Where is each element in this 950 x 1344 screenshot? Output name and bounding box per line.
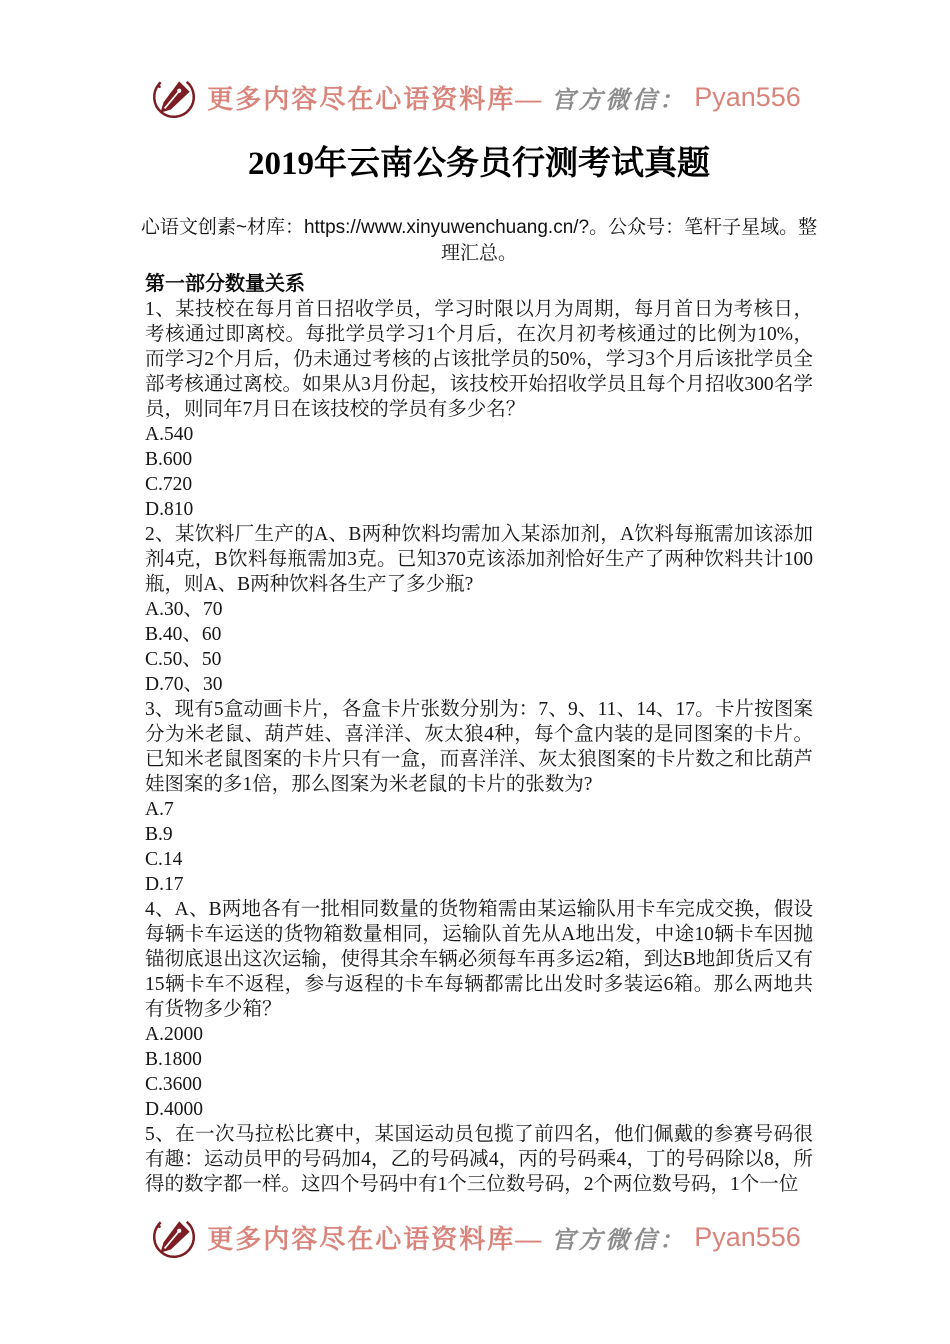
question-4-option-a: A.2000 xyxy=(145,1022,813,1047)
question-2-text: 2、某饮料厂生产的A、B两种饮料均需加入某添加剂，A饮料每瓶需加该添加剂4克，B… xyxy=(145,522,813,597)
brand-text: 更多内容尽在心语资料库— xyxy=(207,1219,543,1256)
document-page: 更多内容尽在心语资料库— 官方微信： Pyan556 2019年云南公务员行测考… xyxy=(0,0,950,1344)
pen-swirl-icon xyxy=(149,1212,199,1262)
question-4-option-c: C.3600 xyxy=(145,1072,813,1097)
wechat-label: 官方微信： xyxy=(551,1220,686,1255)
question-3-option-c: C.14 xyxy=(145,847,813,872)
section-heading: 第一部分数量关系 xyxy=(145,272,813,297)
exam-body: 第一部分数量关系 1、某技校在每月首日招收学员，学习时限以月为周期，每月首日为考… xyxy=(145,272,813,1197)
question-2-option-d: D.70、30 xyxy=(145,672,813,697)
question-2-option-a: A.30、70 xyxy=(145,597,813,622)
question-2-option-b: B.40、60 xyxy=(145,622,813,647)
question-3-option-a: A.7 xyxy=(145,797,813,822)
question-1-option-b: B.600 xyxy=(145,447,813,472)
question-3-option-d: D.17 xyxy=(145,872,813,897)
footer-watermark: 更多内容尽在心语资料库— 官方微信： Pyan556 xyxy=(0,1212,950,1262)
wechat-label: 官方微信： xyxy=(551,80,686,115)
question-1-option-c: C.720 xyxy=(145,472,813,497)
question-5-text: 5、在一次马拉松比赛中，某国运动员包揽了前四名，他们佩戴的参赛号码很有趣：运动员… xyxy=(145,1122,813,1197)
question-4-text: 4、A、B两地各有一批相同数量的货物箱需由某运输队用卡车完成交换，假设每辆卡车运… xyxy=(145,897,813,1022)
wechat-id: Pyan556 xyxy=(694,1222,801,1253)
question-4-option-d: D.4000 xyxy=(145,1097,813,1122)
header-watermark: 更多内容尽在心语资料库— 官方微信： Pyan556 xyxy=(0,72,950,122)
pen-swirl-icon xyxy=(149,72,199,122)
question-4-option-b: B.1800 xyxy=(145,1047,813,1072)
question-1-text: 1、某技校在每月首日招收学员，学习时限以月为周期，每月首日为考核日，考核通过即离… xyxy=(145,297,813,422)
page-title: 2019年云南公务员行测考试真题 xyxy=(141,140,817,188)
question-1-option-a: A.540 xyxy=(145,422,813,447)
source-line: 心语文创素~材库：https://www.xinyuwenchuang.cn/?… xyxy=(137,215,821,267)
question-3-option-b: B.9 xyxy=(145,822,813,847)
brand-text: 更多内容尽在心语资料库— xyxy=(207,79,543,116)
question-2-option-c: C.50、50 xyxy=(145,647,813,672)
question-1-option-d: D.810 xyxy=(145,497,813,522)
question-3-text: 3、现有5盒动画卡片，各盒卡片张数分别为：7、9、11、14、17。卡片按图案分… xyxy=(145,697,813,797)
wechat-id: Pyan556 xyxy=(694,82,801,113)
